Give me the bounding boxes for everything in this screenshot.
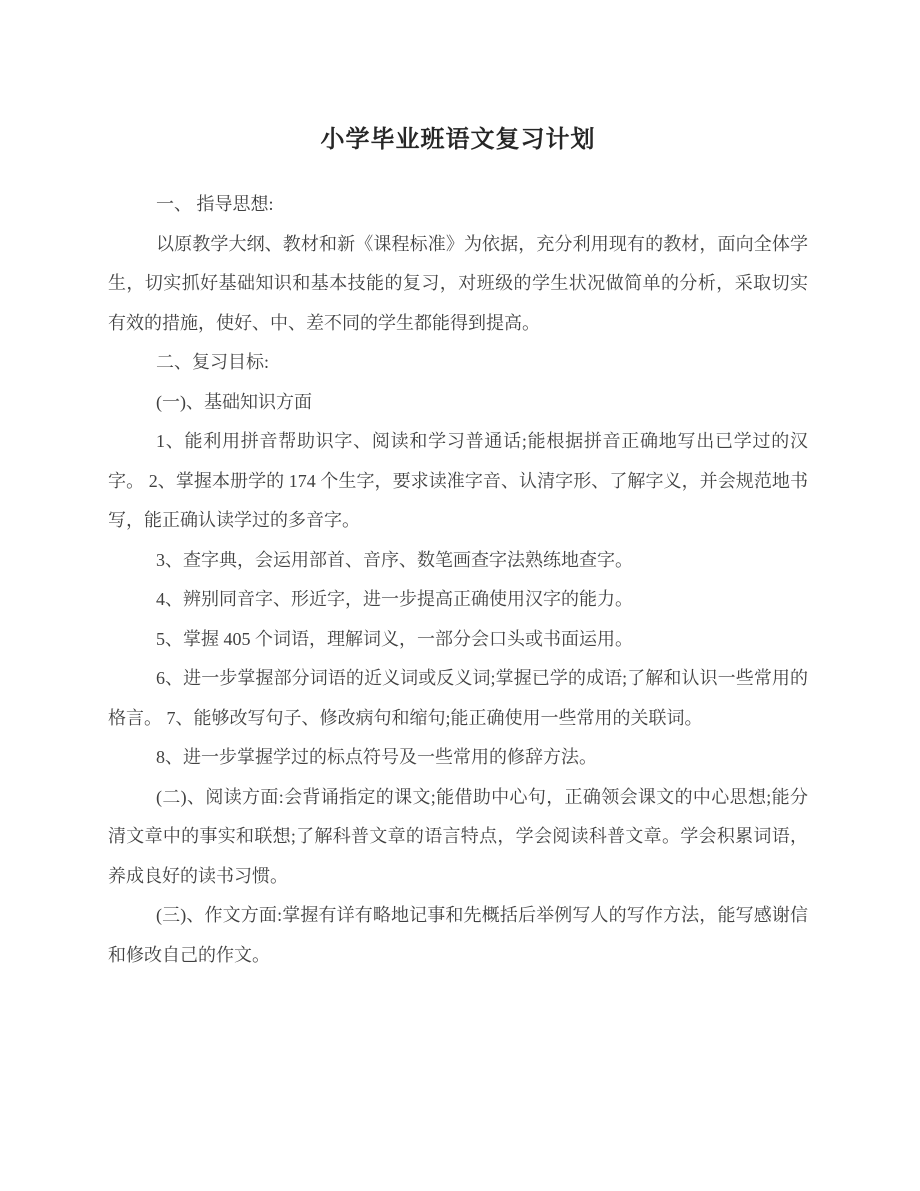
subsection-3-writing: (三)、作文方面:掌握有详有略地记事和先概括后举例写人的写作方法，能写感谢信和修… (108, 896, 808, 975)
subsection-1-heading-basic-knowledge: (一)、基础知识方面 (108, 383, 808, 423)
goal-item-8: 8、进一步掌握学过的标点符号及一些常用的修辞方法。 (108, 738, 808, 778)
goal-item-4: 4、辨别同音字、形近字，进一步提高正确使用汉字的能力。 (108, 580, 808, 620)
section-2-heading-review-goals: 二、复习目标: (108, 343, 808, 383)
guiding-ideology-body: 以原教学大纲、教材和新《课程标准》为依据，充分利用现有的教材，面向全体学生，切实… (108, 225, 808, 344)
goal-item-3: 3、查字典，会运用部首、音序、数笔画查字法熟练地查字。 (108, 541, 808, 581)
goal-item-1-2: 1、能利用拼音帮助识字、阅读和学习普通话;能根据拼音正确地写出已学过的汉字。 2… (108, 422, 808, 541)
subsection-2-reading: (二)、阅读方面:会背诵指定的课文;能借助中心句，正确领会课文的中心思想;能分清… (108, 778, 808, 897)
document-page: 小学毕业班语文复习计划 一、 指导思想: 以原教学大纲、教材和新《课程标准》为依… (0, 0, 920, 1191)
goal-item-6-7: 6、进一步掌握部分词语的近义词或反义词;掌握已学的成语;了解和认识一些常用的格言… (108, 659, 808, 738)
goal-item-5: 5、掌握 405 个词语，理解词义，一部分会口头或书面运用。 (108, 620, 808, 660)
document-title: 小学毕业班语文复习计划 (108, 120, 808, 160)
section-1-heading-guiding-ideology: 一、 指导思想: (108, 185, 808, 225)
